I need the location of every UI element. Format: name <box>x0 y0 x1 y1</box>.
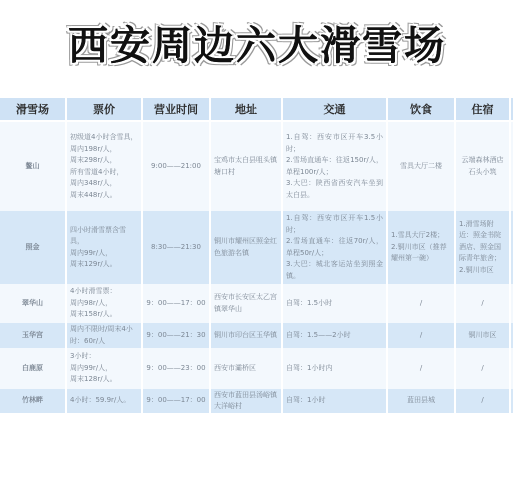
address-cell: 铜川市耀州区照金红色旅游名镇 <box>210 211 282 284</box>
hours-cell: 9:00——21:00 <box>142 121 210 211</box>
price-cell: 4小时：59.9r/人。 <box>66 389 142 413</box>
hours-cell: 9：00——23：00 <box>142 348 210 389</box>
extra-cell <box>510 121 514 211</box>
food-cell: 蓝田县城 <box>387 389 455 413</box>
table-row: 照金 四小时滑雪票含雪具， 周内99r/人， 周末129r/人。 8:30——2… <box>0 211 514 284</box>
transport-line: 自驾：1.5——2小时 <box>286 330 383 342</box>
address-cell: 宝鸡市太白县咀头镇塘口村 <box>210 121 282 211</box>
food-line: 2.铜川市区（推荐耀州第一碗） <box>391 242 451 265</box>
price-line: 周内99r/人， <box>70 248 138 260</box>
lodging-cell: 云端森林酒店 石头小筑 <box>455 121 510 211</box>
extra-cell <box>510 323 514 348</box>
header-price: 票价 <box>66 98 142 121</box>
resort-name: 鳌山 <box>0 121 66 211</box>
address-cell: 铜川市印台区玉华镇 <box>210 323 282 348</box>
food-cell: 1.雪具大厅2楼； 2.铜川市区（推荐耀州第一碗） <box>387 211 455 284</box>
lodging-line: 石头小筑 <box>459 167 506 179</box>
food-cell: / <box>387 284 455 323</box>
extra-cell <box>510 211 514 284</box>
transport-line: 3.大巴：陕西省西安汽车坐到太白县。 <box>286 178 383 201</box>
price-line: 4小时滑雪票： <box>70 286 138 298</box>
transport-cell: 自驾：1小时 <box>282 389 387 413</box>
transport-cell: 自驾：1小时内 <box>282 348 387 389</box>
transport-line: 1.自驾：西安市区开车1.5小时； <box>286 213 383 236</box>
transport-line: 2.雪场直通车：往返70r/人，单程50r/人； <box>286 236 383 259</box>
food-cell: / <box>387 323 455 348</box>
price-cell: 4小时滑雪票： 周内98r/人， 周末158r/人。 <box>66 284 142 323</box>
transport-cell: 1.自驾：西安市区开车3.5小时； 2.雪场直通车：往返150r/人，单程100… <box>282 121 387 211</box>
lodging-cell: 1.滑雪场附近：照金书院酒店、照金国际青年旅舍； 2.铜川市区 <box>455 211 510 284</box>
resort-name: 竹林畔 <box>0 389 66 413</box>
header-resort: 滑雪场 <box>0 98 66 121</box>
address-cell: 西安市长安区太乙宫镇翠华山 <box>210 284 282 323</box>
price-line: 周末129r/人。 <box>70 259 138 271</box>
hours-cell: 9：00——21：30 <box>142 323 210 348</box>
price-line: 周内98r/人， <box>70 298 138 310</box>
price-line: 周内348r/人， <box>70 178 138 190</box>
price-line: 周末298r/人， <box>70 155 138 167</box>
food-cell: / <box>387 348 455 389</box>
table-header-row: 滑雪场 票价 营业时间 地址 交通 饮食 住宿 <box>0 98 514 121</box>
header-hours: 营业时间 <box>142 98 210 121</box>
price-line: 所有雪道4小时， <box>70 167 138 179</box>
hours-cell: 8:30——21:30 <box>142 211 210 284</box>
lodging-line: 2.铜川市区 <box>459 265 506 277</box>
lodging-cell: / <box>455 389 510 413</box>
transport-line: 自驾：1小时 <box>286 395 383 407</box>
transport-cell: 自驾：1.5小时 <box>282 284 387 323</box>
header-lodging: 住宿 <box>455 98 510 121</box>
lodging-line: 云端森林酒店 <box>459 155 506 167</box>
price-line: 周内198r/人， <box>70 144 138 156</box>
lodging-cell: 铜川市区 <box>455 323 510 348</box>
price-line: 4小时：59.9r/人。 <box>70 395 138 407</box>
transport-line: 自驾：1.5小时 <box>286 298 383 310</box>
address-cell: 西安市灞桥区 <box>210 348 282 389</box>
extra-cell <box>510 284 514 323</box>
page-title: 西安周边六大滑雪场 <box>0 14 514 71</box>
resort-name: 翠华山 <box>0 284 66 323</box>
table-row: 白鹿原 3小时： 周内99r/人， 周末128r/人。 9：00——23：00 … <box>0 348 514 389</box>
price-line: 初级道4小时含雪具， <box>70 132 138 144</box>
resort-name: 照金 <box>0 211 66 284</box>
resort-name: 白鹿原 <box>0 348 66 389</box>
table-row: 翠华山 4小时滑雪票： 周内98r/人， 周末158r/人。 9：00——17：… <box>0 284 514 323</box>
extra-cell <box>510 348 514 389</box>
lodging-cell: / <box>455 348 510 389</box>
ski-resort-table: 滑雪场 票价 营业时间 地址 交通 饮食 住宿 鳌山 初级道4小时含雪具， 周内… <box>0 98 514 413</box>
extra-cell <box>510 389 514 413</box>
transport-line: 自驾：1小时内 <box>286 363 383 375</box>
price-line: 3小时： <box>70 351 138 363</box>
hours-cell: 9：00——17：00 <box>142 284 210 323</box>
price-line: 四小时滑雪票含雪具， <box>70 225 138 248</box>
table-row: 玉华宫 周内不限时/周末4小时：60r/人 9：00——21：30 铜川市印台区… <box>0 323 514 348</box>
lodging-line: 1.滑雪场附近：照金书院酒店、照金国际青年旅舍； <box>459 219 506 265</box>
lodging-cell: / <box>455 284 510 323</box>
transport-line: 3.大巴：城北客运站坐到照金镇。 <box>286 259 383 282</box>
price-cell: 周内不限时/周末4小时：60r/人 <box>66 323 142 348</box>
price-line: 周内不限时/周末4小时：60r/人 <box>70 324 138 347</box>
table-row: 竹林畔 4小时：59.9r/人。 9：00——17：00 西安市蓝田县汤峪镇大洋… <box>0 389 514 413</box>
price-line: 周末158r/人。 <box>70 309 138 321</box>
address-cell: 西安市蓝田县汤峪镇大洋峪村 <box>210 389 282 413</box>
food-line: 1.雪具大厅2楼； <box>391 230 451 242</box>
transport-cell: 自驾：1.5——2小时 <box>282 323 387 348</box>
food-line: 雪具大厅二楼 <box>391 161 451 173</box>
table-row: 鳌山 初级道4小时含雪具， 周内198r/人， 周末298r/人， 所有雪道4小… <box>0 121 514 211</box>
transport-line: 2.雪场直通车：往返150r/人，单程100r/人； <box>286 155 383 178</box>
header-transport: 交通 <box>282 98 387 121</box>
price-line: 周末448r/人。 <box>70 190 138 202</box>
transport-line: 1.自驾：西安市区开车3.5小时； <box>286 132 383 155</box>
header-food: 饮食 <box>387 98 455 121</box>
header-extra <box>510 98 514 121</box>
transport-cell: 1.自驾：西安市区开车1.5小时； 2.雪场直通车：往返70r/人，单程50r/… <box>282 211 387 284</box>
price-line: 周内99r/人， <box>70 363 138 375</box>
price-cell: 3小时： 周内99r/人， 周末128r/人。 <box>66 348 142 389</box>
food-cell: 雪具大厅二楼 <box>387 121 455 211</box>
header-address: 地址 <box>210 98 282 121</box>
price-cell: 四小时滑雪票含雪具， 周内99r/人， 周末129r/人。 <box>66 211 142 284</box>
resort-name: 玉华宫 <box>0 323 66 348</box>
price-cell: 初级道4小时含雪具， 周内198r/人， 周末298r/人， 所有雪道4小时， … <box>66 121 142 211</box>
price-line: 周末128r/人。 <box>70 374 138 386</box>
hours-cell: 9：00——17：00 <box>142 389 210 413</box>
